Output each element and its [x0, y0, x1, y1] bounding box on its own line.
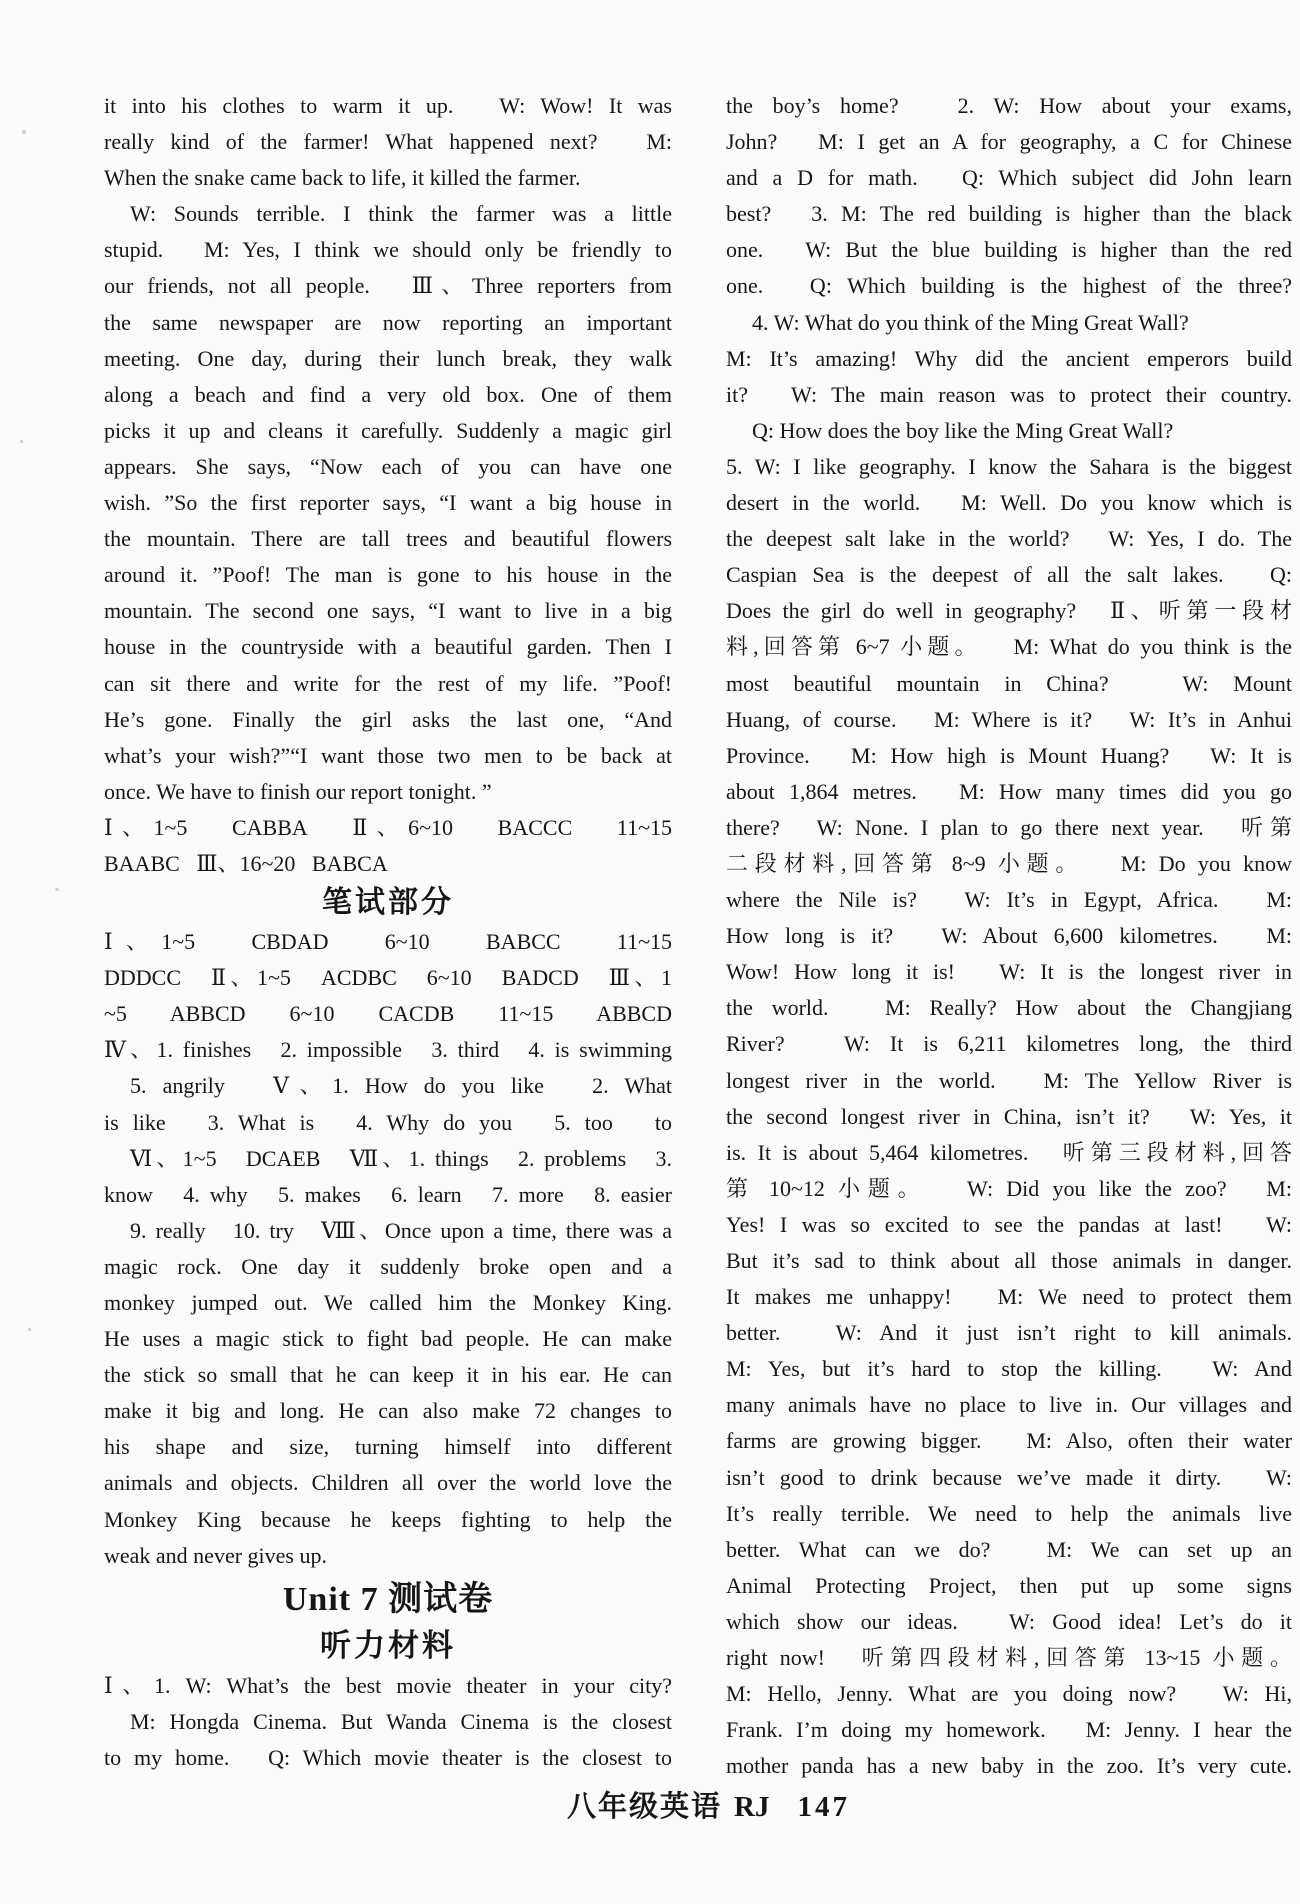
text-line: 料,回答第 6~7 小题。 M: What do you think is th…: [726, 629, 1292, 665]
text-line: Ⅰ、1~5 CBDAD 6~10 BABCC 11~15: [104, 924, 672, 960]
text-line: M: It’s amazing! Why did the ancient emp…: [726, 341, 1292, 377]
text-line: 5. W: I like geography. I know the Sahar…: [726, 449, 1292, 485]
text-line: make it big and long. He can also make 7…: [104, 1393, 672, 1429]
text-line: really kind of the farmer! What happened…: [104, 124, 672, 160]
text-line: But it’s sad to think about all those an…: [726, 1243, 1292, 1279]
scan-speck: [22, 130, 26, 134]
text-line: Monkey King because he keeps fighting to…: [104, 1502, 672, 1538]
text-line: Province. M: How high is Mount Huang? W:…: [726, 738, 1292, 774]
text-line: many animals have no place to live in. O…: [726, 1387, 1292, 1423]
text-line: Q: How does the boy like the Ming Great …: [726, 413, 1292, 449]
scan-speck: [28, 1328, 31, 1331]
text-line: to my home. Q: Which movie theater is th…: [104, 1740, 672, 1776]
page-footer: 八年级英语RJ147: [567, 1784, 850, 1825]
text-line: He uses a magic stick to fight bad peopl…: [104, 1321, 672, 1357]
text-line: 5. angrily Ⅴ、1. How do you like 2. What: [104, 1068, 672, 1104]
heading-line: Unit 7 测试卷: [104, 1574, 672, 1624]
text-line: 4. W: What do you think of the Ming Grea…: [726, 305, 1292, 341]
text-line: He’s gone. Finally the girl asks the las…: [104, 702, 672, 738]
text-line: How long is it? W: About 6,600 kilometre…: [726, 918, 1292, 954]
text-line: Yes! I was so excited to see the pandas …: [726, 1207, 1292, 1243]
text-line: Ⅵ、1~5 DCAEB Ⅶ、1. things 2. problems 3.: [104, 1141, 672, 1177]
text-line: M: Hello, Jenny. What are you doing now?…: [726, 1676, 1292, 1712]
text-line: Frank. I’m doing my homework. M: Jenny. …: [726, 1712, 1292, 1748]
text-line: the deepest salt lake in the world? W: Y…: [726, 521, 1292, 557]
text-line: magic rock. One day it suddenly broke op…: [104, 1249, 672, 1285]
text-line: wish. ”So the first reporter says, “I wa…: [104, 485, 672, 521]
text-line: Animal Protecting Project, then put up s…: [726, 1568, 1292, 1604]
text-line: Ⅰ、1~5 CABBA Ⅱ、6~10 BACCC 11~15: [104, 810, 672, 846]
text-line: better. W: And it just isn’t right to ki…: [726, 1315, 1292, 1351]
text-line: once. We have to finish our report tonig…: [104, 774, 672, 810]
text-line: M: Yes, but it’s hard to stop the killin…: [726, 1351, 1292, 1387]
text-line: about 1,864 metres. M: How many times di…: [726, 774, 1292, 810]
text-line: John? M: I get an A for geography, a C f…: [726, 124, 1292, 160]
text-line: isn’t good to drink because we’ve made i…: [726, 1460, 1292, 1496]
text-line: When the snake came back to life, it kil…: [104, 160, 672, 196]
text-line: longest river in the world. M: The Yello…: [726, 1063, 1292, 1099]
text-line: there? W: None. I plan to go there next …: [726, 810, 1292, 846]
footer-edition-code: RJ: [734, 1791, 769, 1823]
text-line: meeting. One day, during their lunch bre…: [104, 341, 672, 377]
text-line: one. Q: Which building is the highest of…: [726, 268, 1292, 304]
text-line: our friends, not all people. Ⅲ、Three rep…: [104, 268, 672, 304]
text-line: along a beach and find a very old box. O…: [104, 377, 672, 413]
footer-page-number: 147: [797, 1791, 850, 1823]
text-line: River? W: It is 6,211 kilometres long, t…: [726, 1026, 1292, 1062]
scan-speck: [55, 888, 59, 891]
text-line: what’s your wish?”“I want those two men …: [104, 738, 672, 774]
text-line: the boy’s home? 2. W: How about your exa…: [726, 88, 1292, 124]
text-line: farms are growing bigger. M: Also, often…: [726, 1423, 1292, 1459]
text-line: Ⅰ、1. W: What’s the best movie theater in…: [104, 1668, 672, 1704]
text-line: is like 3. What is 4. Why do you 5. too …: [104, 1105, 672, 1141]
text-line: where the Nile is? W: It’s in Egypt, Afr…: [726, 882, 1292, 918]
text-line: best? 3. M: The red building is higher t…: [726, 196, 1292, 232]
heading-line: 笔试部分: [104, 882, 672, 924]
text-line: his shape and size, turning himself into…: [104, 1429, 672, 1465]
text-line: better. What can we do? M: We can set up…: [726, 1532, 1292, 1568]
text-line: W: Sounds terrible. I think the farmer w…: [104, 196, 672, 232]
text-line: is. It is about 5,464 kilometres. 听第三段材料…: [726, 1135, 1292, 1171]
text-line: it? W: The main reason was to protect th…: [726, 377, 1292, 413]
footer-series-title: 八年级英语: [567, 1791, 722, 1823]
text-line: Huang, of course. M: Where is it? W: It’…: [726, 702, 1292, 738]
text-line: picks it up and cleans it carefully. Sud…: [104, 413, 672, 449]
text-line: house in the countryside with a beautifu…: [104, 629, 672, 665]
text-line: which show our ideas. W: Good idea! Let’…: [726, 1604, 1292, 1640]
text-line: ~5 ABBCD 6~10 CACDB 11~15 ABBCD: [104, 996, 672, 1032]
text-line: the second longest river in China, isn’t…: [726, 1099, 1292, 1135]
text-line: 二段材料,回答第 8~9 小题。 M: Do you know: [726, 846, 1292, 882]
text-line: DDDCC Ⅱ、1~5 ACDBC 6~10 BADCD Ⅲ、1: [104, 960, 672, 996]
text-line: Ⅳ、1. finishes 2. impossible 3. third 4. …: [104, 1032, 672, 1068]
text-line: it into his clothes to warm it up. W: Wo…: [104, 88, 672, 124]
text-line: It makes me unhappy! M: We need to prote…: [726, 1279, 1292, 1315]
text-line: and a D for math. Q: Which subject did J…: [726, 160, 1292, 196]
text-line: 第 10~12 小题。 W: Did you like the zoo? M:: [726, 1171, 1292, 1207]
text-line: appears. She says, “Now each of you can …: [104, 449, 672, 485]
text-line: the mountain. There are tall trees and b…: [104, 521, 672, 557]
text-line: the stick so small that he can keep it i…: [104, 1357, 672, 1393]
text-line: It’s really terrible. We need to help th…: [726, 1496, 1292, 1532]
text-line: Caspian Sea is the deepest of all the sa…: [726, 557, 1292, 593]
text-line: can sit there and write for the rest of …: [104, 666, 672, 702]
text-line: monkey jumped out. We called him the Mon…: [104, 1285, 672, 1321]
text-line: stupid. M: Yes, I think we should only b…: [104, 232, 672, 268]
text-line: know 4. why 5. makes 6. learn 7. more 8.…: [104, 1177, 672, 1213]
text-line: mountain. The second one says, “I want t…: [104, 593, 672, 629]
text-line: weak and never gives up.: [104, 1538, 672, 1574]
text-line: Wow! How long it is! W: It is the longes…: [726, 954, 1292, 990]
text-line: BAABC Ⅲ、16~20 BABCA: [104, 846, 672, 882]
text-line: right now! 听第四段材料,回答第 13~15 小题。: [726, 1640, 1292, 1676]
right-column: the boy’s home? 2. W: How about your exa…: [726, 88, 1292, 1784]
heading-line: 听力材料: [104, 1624, 672, 1668]
text-line: desert in the world. M: Well. Do you kno…: [726, 485, 1292, 521]
text-line: around it. ”Poof! The man is gone to his…: [104, 557, 672, 593]
text-line: the world. M: Really? How about the Chan…: [726, 990, 1292, 1026]
text-line: M: Hongda Cinema. But Wanda Cinema is th…: [104, 1704, 672, 1740]
text-line: one. W: But the blue building is higher …: [726, 232, 1292, 268]
scanned-page: it into his clothes to warm it up. W: Wo…: [0, 0, 1300, 1904]
text-line: animals and objects. Children all over t…: [104, 1465, 672, 1501]
left-column: it into his clothes to warm it up. W: Wo…: [104, 88, 672, 1776]
text-line: mother panda has a new baby in the zoo. …: [726, 1748, 1292, 1784]
scan-speck: [20, 440, 23, 443]
text-line: most beautiful mountain in China? W: Mou…: [726, 666, 1292, 702]
text-line: the same newspaper are now reporting an …: [104, 305, 672, 341]
text-line: 9. really 10. try Ⅷ、Once upon a time, th…: [104, 1213, 672, 1249]
text-line: Does the girl do well in geography? Ⅱ、听第…: [726, 593, 1292, 629]
